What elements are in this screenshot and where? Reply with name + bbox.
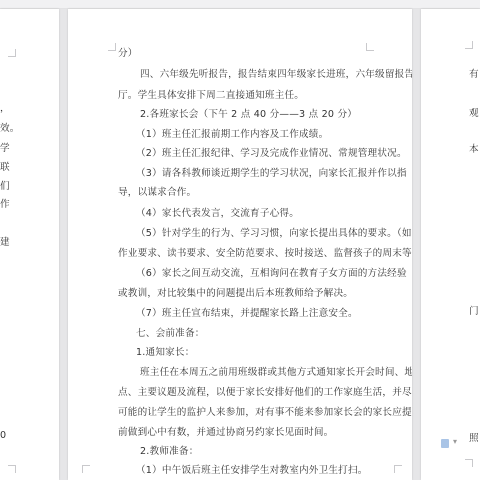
document-text-line: 1.通知家长：: [136, 344, 195, 358]
document-text-line: 建: [0, 234, 10, 248]
document-text-line: 本: [469, 141, 479, 155]
document-text-line: （5）针对学生的行为、学习习惯，向家长提出具体的要求。（如：: [136, 225, 412, 239]
document-text-line: 观: [469, 105, 479, 119]
document-text-line: 点、主要议题及流程，以便于家长安排好他们的工作家庭生活，并尽: [118, 384, 412, 398]
document-text-line: 前做到心中有数，并通过协商另约家长见面时间。: [118, 424, 333, 438]
document-text-line: （4）家长代表发言，交流育子心得。: [136, 205, 299, 219]
document-text-line: 班主任在本周五之前用班级群或其他方式通知家长开会时间、地: [140, 364, 412, 378]
document-page-center: 分）四、六年级先听报告，报告结束四年级家长进班，六年级留报告厅。学生具体安排下周…: [68, 9, 412, 480]
document-text-line: （7）班主任宣布结束，并提醒家长路上注意安全。: [136, 305, 358, 319]
document-text-line: （6）家长之间互动交流，互相询问在教育子女方面的方法经验: [136, 265, 407, 279]
document-text-line: 分）: [118, 45, 138, 59]
dropdown-arrow-icon[interactable]: ▾: [453, 437, 457, 446]
margin-corner-mark: [366, 43, 374, 51]
document-text-line: （3）请各科教师谈近期学生的学习状况，向家长汇报并作以指: [136, 165, 407, 179]
margin-corner-mark: [108, 43, 116, 51]
document-text-line: （2）班主任汇报纪律、学习及完成作业情况、常规管理状况。: [136, 145, 407, 159]
document-page-right: 有观本门照 ▾: [421, 9, 480, 480]
margin-corner-mark: [82, 465, 90, 473]
document-text-line: 有: [469, 66, 479, 80]
document-text-line: 作业要求、读书要求、安全防范要求、按时接送、监督孩子的周末等。）: [118, 245, 412, 259]
document-text-line: （1）中午饭后班主任安排学生对教室内外卫生打扫。: [136, 462, 368, 476]
image-comment-icon[interactable]: [441, 439, 449, 448]
document-text-line: 们: [0, 178, 10, 192]
document-text-line: ，: [0, 100, 10, 114]
document-text-line: 效。: [0, 120, 20, 134]
document-text-line: 2.各班家长会（下午 2 点 40 分——3 点 20 分）: [140, 106, 357, 120]
document-text-line: 七、会前准备：: [136, 325, 205, 339]
document-text-line: 2.教师准备：: [140, 443, 199, 457]
document-text-line: 学: [0, 140, 10, 154]
document-text-line: 四、六年级先听报告，报告结束四年级家长进班，六年级留报告: [140, 66, 412, 80]
document-text-line: 联: [0, 159, 10, 173]
margin-corner-mark: [465, 459, 473, 467]
margin-corner-mark: [394, 465, 402, 473]
document-text-line: 或教训，对比较集中的问题提出后本班教师给予解决。: [118, 285, 353, 299]
margin-corner-mark: [465, 41, 473, 49]
document-text-line: 可能的让学生的监护人来参加，对有事不能来参加家长会的家长应提: [118, 404, 412, 418]
document-text-line: 作: [0, 196, 10, 210]
document-text-line: 厅。学生具体安排下周二直接通知班主任。: [118, 87, 304, 101]
document-text-line: 0: [0, 430, 6, 441]
window-top-strip: [0, 0, 480, 9]
document-page-left: ，效。学联们作建0: [0, 9, 59, 480]
document-text-line: 门: [469, 303, 479, 317]
margin-corner-mark: [8, 49, 16, 57]
document-text-line: （1）班主任汇报前期工作内容及工作成绩。: [136, 126, 328, 140]
document-text-line: 照: [469, 430, 479, 444]
document-text-line: 导，以谋求合作。: [118, 184, 196, 198]
margin-corner-mark: [8, 465, 16, 473]
